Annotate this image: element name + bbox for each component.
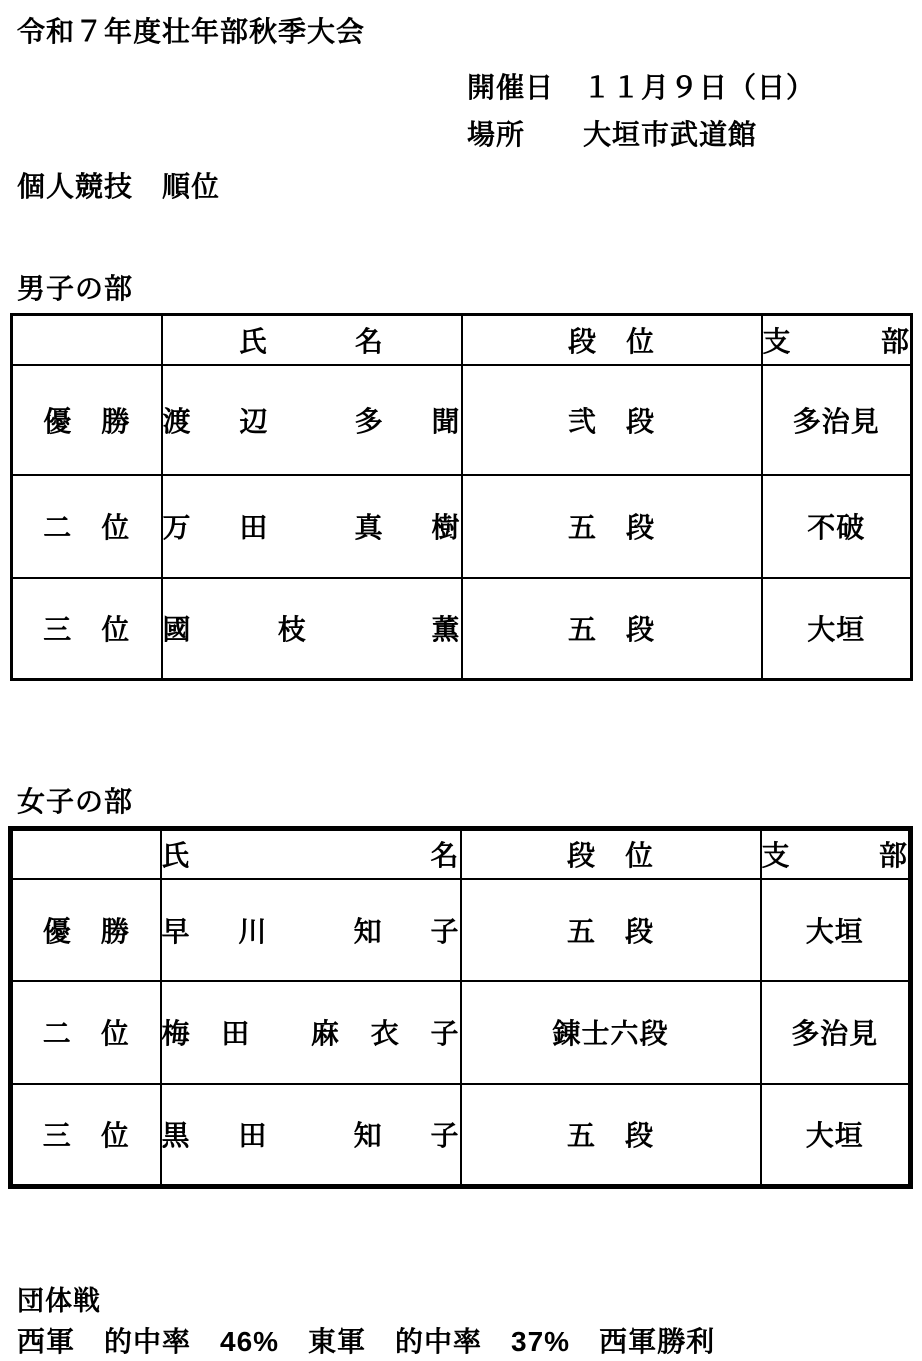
name-cell: 梅 田 麻 衣 子 [161,981,461,1084]
branch-cell: 大垣 [761,1084,911,1187]
womens-header-row: 氏 名 段 位 支 部 [11,829,911,879]
dan-cell: 五 段 [461,1084,761,1187]
mens-header-dan: 段 位 [462,315,762,365]
team-competition-label: 団体戦 [17,1284,101,1318]
table-row: 二 位 梅 田 麻 衣 子 錬士六段 多治見 [11,981,911,1084]
table-row: 三 位 國 枝 薫 五 段 大垣 [12,578,912,680]
dan-cell: 五 段 [461,879,761,981]
document-page: 令和７年度壮年部秋季大会 開催日 １１月９日（日） 場所 大垣市武道館 個人競技… [0,0,922,1361]
document-title: 令和７年度壮年部秋季大会 [17,15,365,49]
branch-cell: 多治見 [762,365,912,475]
branch-cell: 不破 [762,475,912,578]
mens-header-rank [12,315,162,365]
dan-cell: 五 段 [462,578,762,680]
womens-header-branch: 支 部 [761,829,911,879]
name-cell: 早 川 知 子 [161,879,461,981]
branch-cell: 多治見 [761,981,911,1084]
table-row: 優 勝 早 川 知 子 五 段 大垣 [11,879,911,981]
branch-cell: 大垣 [761,879,911,981]
rank-cell: 二 位 [12,475,162,578]
womens-division-label: 女子の部 [17,785,133,819]
name-cell: 國 枝 薫 [162,578,462,680]
team-competition-result: 西軍 的中率 46% 東軍 的中率 37% 西軍勝利 [17,1325,715,1359]
rank-cell: 二 位 [11,981,161,1084]
womens-header-name: 氏 名 [161,829,461,879]
mens-header-branch: 支 部 [762,315,912,365]
mens-division-label: 男子の部 [17,272,133,306]
dan-cell: 錬士六段 [461,981,761,1084]
womens-header-dan: 段 位 [461,829,761,879]
rank-cell: 優 勝 [12,365,162,475]
womens-results-table: 氏 名 段 位 支 部 優 勝 早 川 知 子 五 段 大垣 二 位 梅 田 麻… [8,826,913,1189]
name-cell: 渡 辺 多 聞 [162,365,462,475]
table-row: 二 位 万 田 真 樹 五 段 不破 [12,475,912,578]
mens-results-table: 氏 名 段 位 支 部 優 勝 渡 辺 多 聞 弐 段 多治見 二 位 万 田 … [10,313,913,681]
table-row: 優 勝 渡 辺 多 聞 弐 段 多治見 [12,365,912,475]
name-cell: 黒 田 知 子 [161,1084,461,1187]
rank-cell: 三 位 [11,1084,161,1187]
branch-cell: 大垣 [762,578,912,680]
mens-header-row: 氏 名 段 位 支 部 [12,315,912,365]
event-date: 開催日 １１月９日（日） [467,71,815,105]
dan-cell: 弐 段 [462,365,762,475]
name-cell: 万 田 真 樹 [162,475,462,578]
rank-cell: 優 勝 [11,879,161,981]
rank-cell: 三 位 [12,578,162,680]
section-title: 個人競技 順位 [17,170,220,204]
table-row: 三 位 黒 田 知 子 五 段 大垣 [11,1084,911,1187]
mens-header-name: 氏 名 [162,315,462,365]
dan-cell: 五 段 [462,475,762,578]
womens-header-rank [11,829,161,879]
event-venue: 場所 大垣市武道館 [467,118,757,152]
